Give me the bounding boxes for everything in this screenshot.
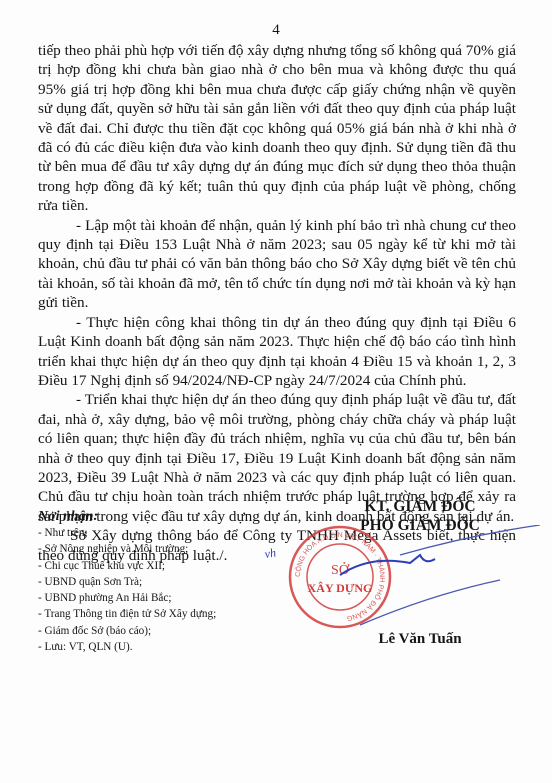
paragraph: - Lập một tài khoản để nhận, quản lý kin… [38, 216, 516, 313]
list-item: - Lưu: VT, QLN (U). [38, 639, 298, 655]
signer-title: KT. GIÁM ĐỐC [295, 497, 545, 516]
document-body: tiếp theo phải phù hợp với tiến độ xây d… [38, 41, 516, 566]
list-item: - UBND quận Sơn Trà; [38, 574, 298, 590]
list-item: - UBND phường An Hải Bắc; [38, 590, 298, 606]
list-item: - Sở Nông nghiệp và Môi trường; [38, 541, 298, 557]
recipients-heading: Nơi nhận: [38, 508, 298, 525]
list-item: - Như trên; [38, 525, 298, 541]
recipients-list: - Như trên; - Sở Nông nghiệp và Môi trườ… [38, 525, 298, 655]
handwritten-signature-icon [300, 525, 540, 635]
page-number: 4 [0, 22, 552, 39]
list-item: - Giám đốc Sở (báo cáo); [38, 623, 298, 639]
paragraph: - Thực hiện công khai thông tin dự án th… [38, 313, 516, 391]
list-item: - Chi cục Thuế khu vực XII; [38, 558, 298, 574]
list-item: - Trang Thông tin điện tử Sở Xây dựng; [38, 606, 298, 622]
recipients-block: Nơi nhận: - Như trên; - Sở Nông nghiệp v… [38, 508, 298, 655]
paragraph: tiếp theo phải phù hợp với tiến độ xây d… [38, 41, 516, 216]
